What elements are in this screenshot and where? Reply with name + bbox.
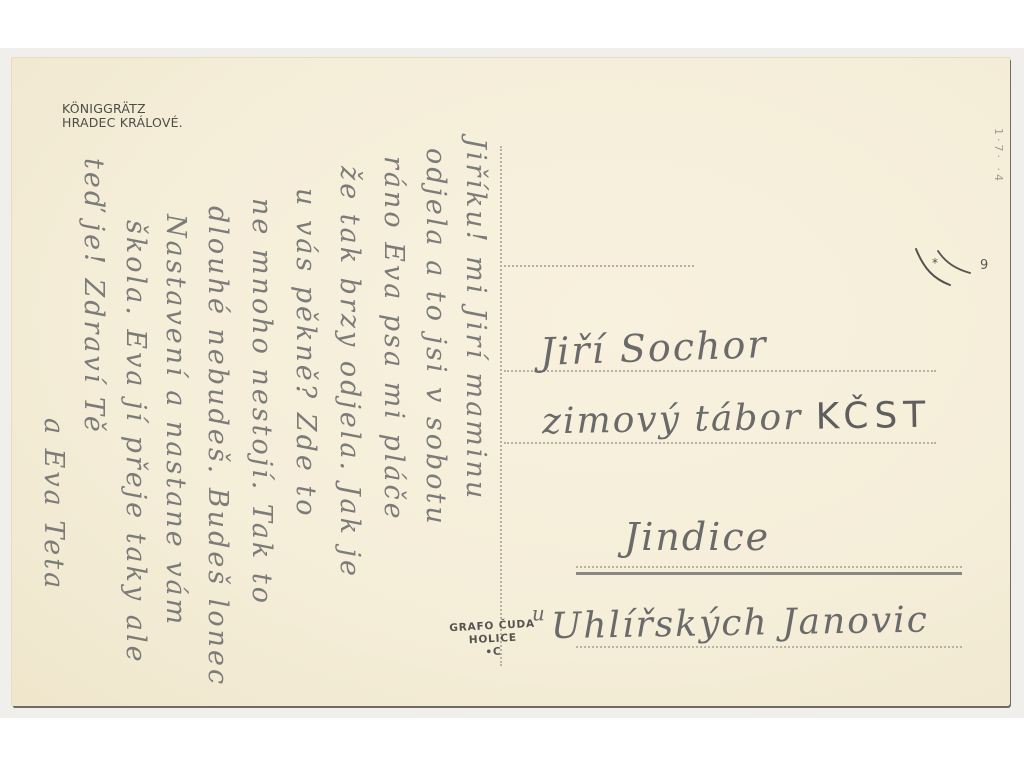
message-line: teď je! Zdraví Tě — [78, 158, 109, 435]
message-line: ne mnoho nestojí. Tak to — [246, 198, 277, 606]
recipient-camp: zimový tábor KČST — [542, 395, 932, 443]
message-line: u vás pěkně? Zde to — [290, 188, 321, 519]
recipient-locality: uUhlířských Janovic — [532, 595, 930, 648]
address-line-4 — [576, 646, 962, 648]
message-line: a Eva Teta — [38, 418, 69, 591]
handwritten-message: Jiříku! mi Jirí maminu odjela a to jsi v… — [32, 118, 492, 678]
message-line: Nastavení a nastane vám — [160, 214, 191, 627]
address-line-3-underline — [576, 572, 962, 575]
stamp-area-line — [504, 265, 694, 267]
postcard: KÖNIGGRÄTZ HRADEC KRÁLOVÉ. Jiříku! mi Ji… — [12, 58, 1010, 706]
message-line: že tak brzy odjela. Jak je — [334, 166, 365, 579]
camp-name: zimový tábor — [542, 397, 816, 443]
message-line: Jiříku! mi Jirí maminu — [460, 138, 491, 501]
postmark-edge-marks: 1·7· ·4 — [992, 128, 1005, 184]
postmark-icon: * — [912, 243, 992, 323]
message-line: odjela a to jsi v sobotu — [420, 148, 451, 527]
message-line: dlouhé nebudeš. Budeš lonec — [202, 206, 233, 687]
message-line: ráno Eva psa mi pláče — [378, 156, 409, 522]
recipient-town: Jindice — [624, 515, 770, 559]
printer-mark: GRAFO ČUDA HOLICE •C — [449, 618, 537, 661]
center-divider-line — [500, 146, 502, 666]
svg-text:*: * — [932, 256, 938, 270]
postmark-digit: 9 — [980, 258, 988, 273]
message-line: škola. Eva jí přeje taky ale — [120, 220, 151, 665]
camp-organization: KČST — [815, 395, 931, 438]
locality-name: Uhlířských Janovic — [551, 600, 930, 648]
title-line-german: KÖNIGGRÄTZ — [62, 102, 183, 116]
address-line-2 — [504, 442, 936, 444]
address-line-3 — [576, 566, 962, 568]
recipient-name: Jiří Sochor — [539, 322, 768, 374]
